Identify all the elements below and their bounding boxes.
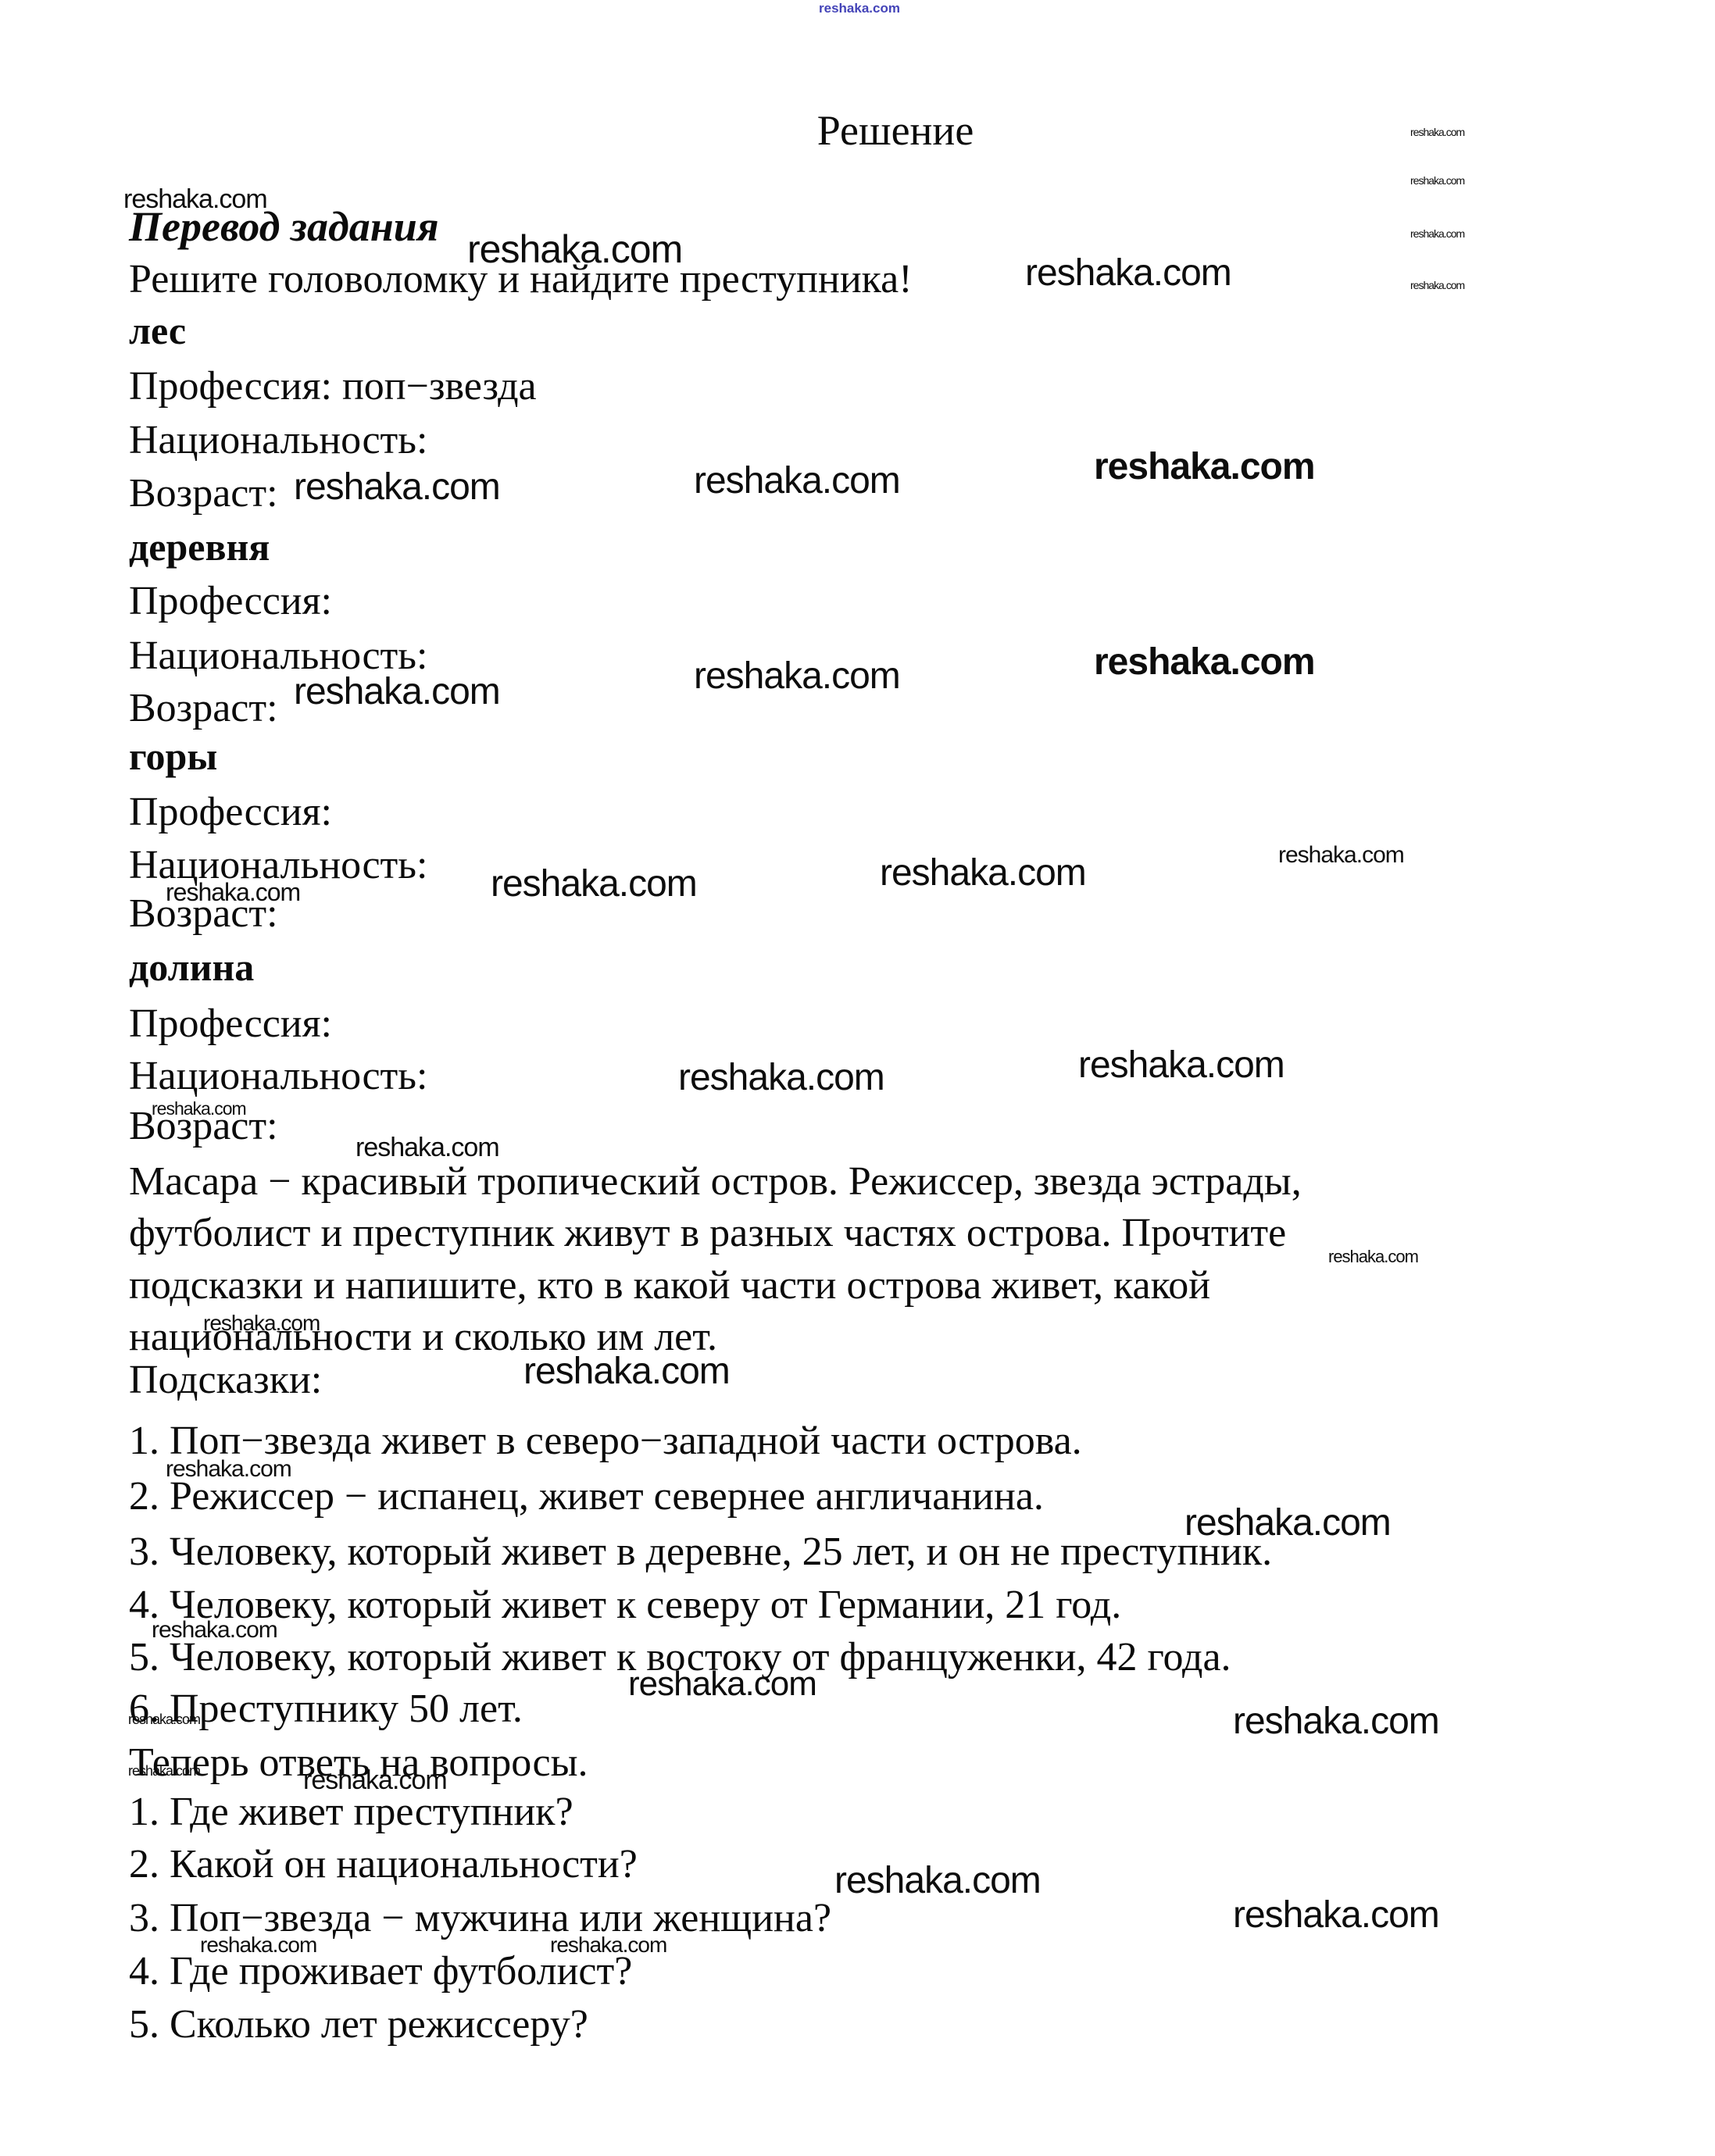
location-les-age: Возраст: — [129, 473, 278, 514]
story-line-3: подсказки и напишите, кто в какой части … — [129, 1265, 1210, 1306]
watermark-text: reshaka.com — [694, 658, 900, 695]
watermark-text: reshaka.com — [294, 469, 500, 506]
watermark-text: reshaka.com — [152, 1619, 277, 1642]
location-dolina-nationality: Национальность: — [129, 1056, 427, 1097]
watermark-text: reshaka.com — [1410, 175, 1464, 186]
hints-heading: Подсказки: — [129, 1360, 322, 1401]
watermark-text: reshaka.com — [128, 1712, 200, 1726]
watermark-text: reshaka.com — [1094, 448, 1315, 486]
watermark-text: reshaka.com — [356, 1134, 499, 1161]
watermark-text: reshaka.com — [303, 1767, 447, 1794]
watermark-text: reshaka.com — [880, 855, 1086, 892]
watermark-text: reshaka.com — [1328, 1248, 1418, 1265]
watermark-text: reshaka.com — [819, 2, 900, 15]
location-derevnya-profession: Профессия: — [129, 581, 332, 622]
question-1: 1. Где живет преступник? — [129, 1792, 573, 1833]
watermark-text: reshaka.com — [152, 1100, 246, 1118]
location-les-profession: Профессия: поп−звезда — [129, 366, 537, 407]
location-dolina-profession: Профессия: — [129, 1004, 332, 1044]
watermark-text: reshaka.com — [1410, 280, 1464, 291]
location-les-name: лес — [129, 311, 186, 350]
watermark-text: reshaka.com — [200, 1934, 316, 1956]
watermark-text: reshaka.com — [1078, 1047, 1284, 1084]
watermark-text: reshaka.com — [123, 186, 267, 212]
location-derevnya-name: деревня — [129, 527, 270, 566]
watermark-text: reshaka.com — [491, 866, 697, 903]
watermark-text: reshaka.com — [1233, 1897, 1439, 1934]
watermark-text: reshaka.com — [128, 1764, 200, 1778]
question-4: 4. Где проживает футболист? — [129, 1951, 632, 1992]
watermark-text: reshaka.com — [694, 462, 900, 500]
watermark-text: reshaka.com — [628, 1667, 816, 1701]
location-derevnya-age: Возраст: — [129, 688, 278, 729]
location-gory-profession: Профессия: — [129, 792, 332, 833]
question-5: 5. Сколько лет режиссеру? — [129, 2004, 588, 2045]
watermark-text: reshaka.com — [1094, 644, 1315, 681]
watermark-text: reshaka.com — [467, 230, 682, 269]
watermark-text: reshaka.com — [523, 1353, 730, 1390]
story-line-2: футболист и преступник живут в разных ча… — [129, 1213, 1286, 1254]
document-page: Решение Перевод задания Решите головолом… — [0, 0, 1715, 2156]
story-line-1: Масара − красивый тропический остров. Ре… — [129, 1162, 1302, 1202]
watermark-text: reshaka.com — [166, 1458, 291, 1481]
hint-2: 2. Режиссер − испанец, живет севернее ан… — [129, 1476, 1044, 1517]
question-2: 2. Какой он национальности? — [129, 1844, 638, 1885]
watermark-text: reshaka.com — [1184, 1505, 1391, 1542]
watermark-text: reshaka.com — [1025, 255, 1231, 292]
watermark-text: reshaka.com — [203, 1312, 320, 1334]
watermark-text: reshaka.com — [834, 1862, 1041, 1900]
location-gory-name: горы — [129, 737, 217, 776]
watermark-text: reshaka.com — [550, 1934, 666, 1956]
watermark-text: reshaka.com — [1410, 228, 1464, 239]
location-dolina-name: долина — [129, 948, 254, 987]
watermark-text: reshaka.com — [166, 880, 300, 905]
hint-3: 3. Человеку, который живет в деревне, 25… — [129, 1532, 1272, 1572]
hint-4: 4. Человеку, который живет к северу от Г… — [129, 1585, 1121, 1626]
watermark-text: reshaka.com — [294, 673, 500, 711]
watermark-text: reshaka.com — [1278, 844, 1404, 867]
watermark-text: reshaka.com — [678, 1059, 884, 1097]
watermark-text: reshaka.com — [1233, 1703, 1439, 1740]
page-title: Решение — [817, 109, 974, 152]
location-les-nationality: Национальность: — [129, 420, 427, 461]
watermark-text: reshaka.com — [1410, 127, 1464, 137]
